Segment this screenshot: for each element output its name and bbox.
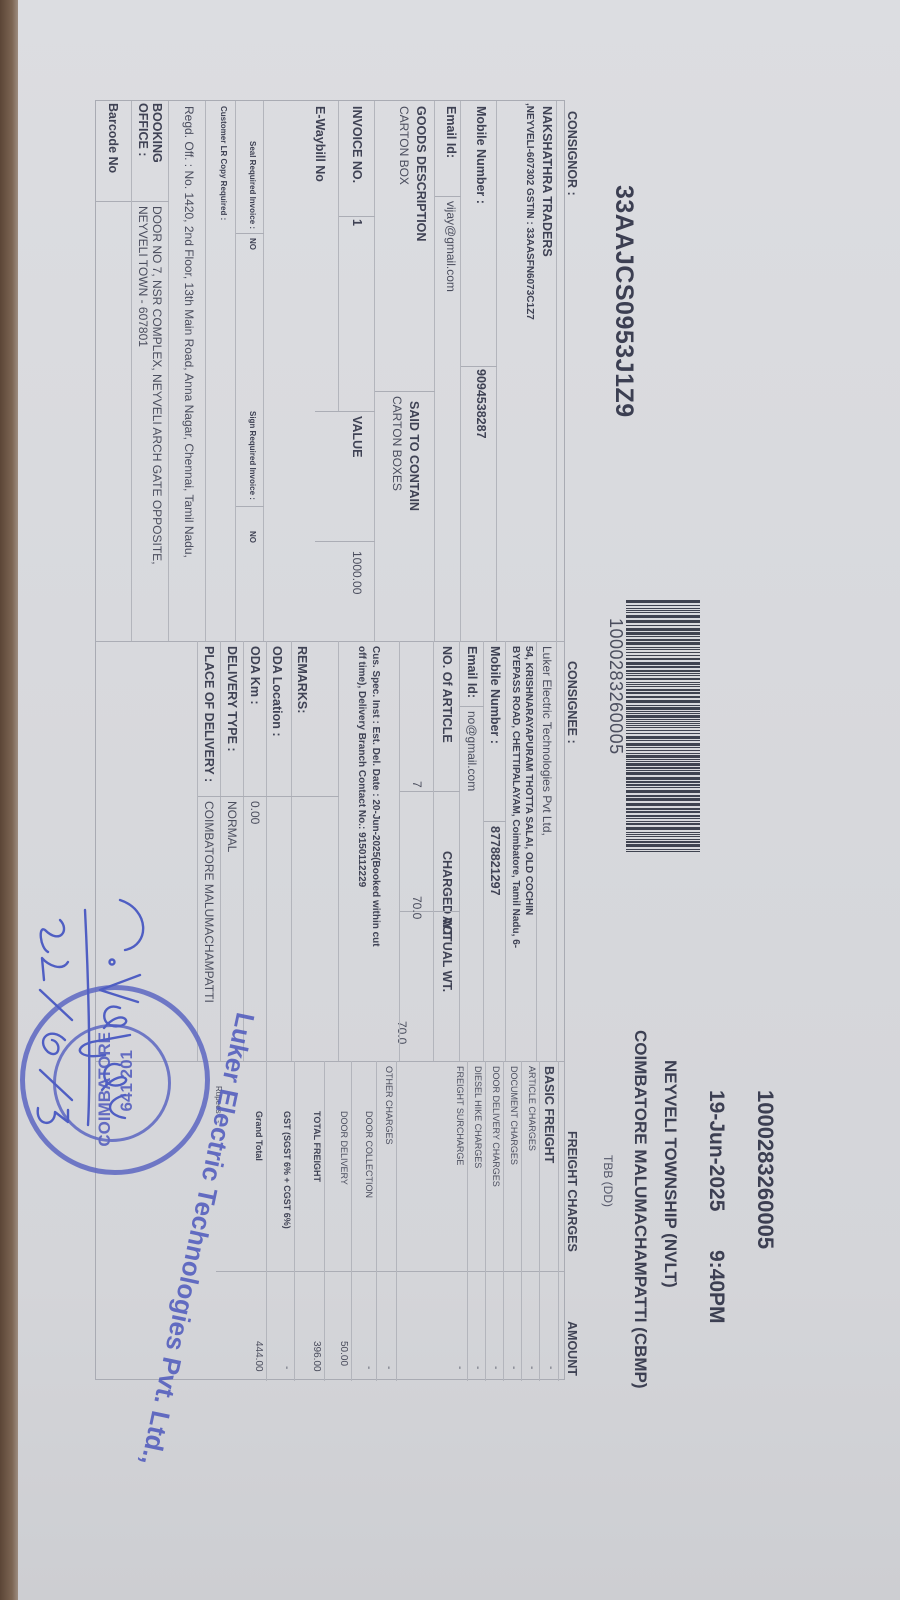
special-instructions-1: Cus. Spec. Inst : Est. Del. Date : 20-Ju… — [370, 646, 381, 947]
lr-barcode — [626, 600, 700, 900]
consignee-label: CONSIGNEE : — [565, 661, 579, 744]
barcode-bar — [626, 658, 700, 660]
consignor-name: NAKSHATHRA TRADERS — [540, 106, 554, 257]
barcode-bar — [626, 721, 700, 722]
barcode-bar — [626, 605, 700, 606]
freight-row-label: DOOR COLLECTION — [364, 1111, 374, 1198]
divider — [216, 1271, 564, 1272]
divider — [376, 1061, 377, 1381]
barcode-bar — [626, 761, 700, 762]
consignee-address-1: 54, KRISHNARAYAPURAM THOTTA SALAI, OLD C… — [523, 646, 534, 915]
freight-row-amount: - — [526, 1366, 537, 1369]
registered-office: Regd. Off. : No. 1420, 2nd Floor, 13th M… — [182, 106, 196, 558]
divider — [315, 411, 375, 412]
barcode-bar — [626, 675, 700, 676]
seal-required-value: NO — [248, 238, 257, 250]
divider — [235, 101, 236, 641]
barcode-bar — [626, 649, 700, 650]
consignor-label: CONSIGNOR : — [565, 111, 579, 196]
lr-date: 19-Jun-2025 — [704, 1090, 728, 1211]
barcode-bar — [626, 770, 700, 771]
divider — [338, 101, 339, 411]
consignor-email: vijay@gmail.com — [444, 201, 458, 292]
barcode-bar — [626, 777, 700, 780]
divider — [205, 101, 206, 641]
customer-lr-copy-label: Customer LR Copy Required : — [219, 106, 228, 220]
said-to-contain-label: SAID TO CONTAIN — [407, 401, 421, 511]
actual-wt-label: ACTUAL WT. — [440, 916, 454, 992]
barcode-bar — [626, 811, 700, 813]
company-gstin: 33AAJCS0953J1Z9 — [609, 185, 638, 418]
lr-number: 1000283260005 — [752, 1090, 778, 1249]
divider — [131, 101, 132, 641]
freight-row-amount: - — [383, 1366, 394, 1369]
divider — [556, 101, 557, 641]
divider — [197, 641, 198, 1061]
barcode-bar — [626, 836, 700, 837]
lorry-receipt: 33AAJCS0953J1Z9 1000283260005 19-Jun-202… — [0, 0, 900, 1600]
barcode-bar — [626, 670, 700, 672]
barcode-bar — [626, 781, 700, 783]
booking-office-label-2: OFFICE : — [136, 103, 150, 156]
barcode-bar — [626, 666, 700, 668]
sign-required-value: NO — [248, 531, 257, 543]
divider — [503, 1061, 504, 1381]
divider — [396, 1061, 397, 1381]
barcode-bar — [626, 747, 700, 748]
oda-location-label: ODA Location : — [270, 646, 284, 737]
freight-row-amount: - — [281, 1366, 292, 1369]
consignor-address: ,NEYVELI-607302 GSTIN : 33AASFN6073C1Z7 — [524, 103, 535, 320]
divider — [198, 796, 339, 797]
divider — [505, 641, 506, 1061]
said-to-contain: CARTON BOXES — [390, 396, 404, 491]
divider — [484, 821, 506, 822]
barcode-bar — [626, 727, 700, 728]
booking-office-label-1: BOOKING — [150, 103, 164, 163]
freight-row-label: Grand Total — [254, 1111, 264, 1161]
freight-row-amount: - — [363, 1366, 374, 1369]
barcode-bar — [626, 821, 700, 822]
barcode-bar — [626, 642, 700, 645]
invoice-no-label: INVOICE NO. — [350, 106, 364, 183]
barcode-bar — [626, 730, 700, 731]
divider — [539, 1061, 540, 1381]
consignee-mobile: 8778821297 — [488, 826, 502, 896]
divider — [485, 1061, 486, 1381]
divider — [374, 101, 375, 641]
divider — [168, 101, 169, 641]
divider — [435, 196, 461, 197]
divider — [467, 1061, 468, 1381]
divider — [315, 541, 375, 542]
barcode-bar — [626, 723, 700, 724]
barcode-no-label: Barcode No — [106, 103, 120, 173]
divider — [521, 1061, 522, 1381]
barcode-bar — [626, 808, 700, 810]
divider — [460, 706, 484, 707]
freight-row-amount: - — [545, 1366, 556, 1369]
freight-row-label: OTHER CHARGES — [384, 1066, 394, 1145]
divider — [291, 641, 292, 1061]
invoice-value: 1000.00 — [350, 551, 364, 594]
divider — [400, 911, 460, 912]
barcode-bar — [626, 740, 700, 741]
delivery-type: NORMAL — [225, 801, 239, 852]
divider — [496, 101, 497, 641]
barcode-bar — [626, 707, 700, 710]
divider — [461, 366, 497, 367]
divider — [338, 641, 339, 1061]
from-station: NEYVELI TOWNSHIP (NVLT) — [660, 1060, 680, 1288]
barcode-bar — [626, 784, 700, 786]
barcode-bar — [626, 636, 700, 637]
barcode-bar — [626, 736, 700, 739]
barcode-bar — [626, 628, 700, 631]
barcode-bar — [626, 700, 700, 703]
consignee-address-2: BYEPASS ROAD, CHETTIPALAYAM, Coimbatore,… — [510, 646, 521, 948]
barcode-bar — [626, 841, 700, 843]
freight-row-label: DIESEL HIKE CHARGES — [473, 1066, 483, 1168]
barcode-bar — [626, 839, 700, 840]
special-instructions-2: off time), Delivery Branch Contact No.: … — [356, 646, 367, 887]
divider — [536, 641, 537, 1061]
barcode-bar — [626, 767, 700, 769]
divider — [433, 641, 434, 1061]
barcode-bar — [626, 834, 700, 835]
barcode-bar — [626, 803, 700, 806]
barcode-bar — [626, 639, 700, 641]
divider — [434, 101, 435, 641]
barcode-bar — [626, 686, 700, 687]
divider — [339, 216, 375, 217]
barcode-bar — [626, 719, 700, 720]
amount-header: AMOUNT — [565, 1321, 579, 1376]
barcode-bar — [626, 815, 700, 817]
barcode-bar — [626, 823, 700, 825]
freight-row-label: DOOR DELIVERY — [339, 1111, 349, 1185]
consignor-mobile-label: Mobile Number : — [474, 106, 488, 204]
barcode-bar — [626, 753, 700, 754]
barcode-bar — [626, 832, 700, 833]
barcode-bar — [626, 844, 700, 847]
barcode-bar — [626, 612, 700, 613]
barcode-bar — [626, 689, 700, 691]
lr-time: 9:40PM — [704, 1250, 728, 1324]
goods-description-label: GOODS DESCRIPTION — [414, 106, 428, 241]
barcode-bar — [626, 759, 700, 760]
barcode-bar — [626, 798, 700, 801]
freight-row-amount: 396.00 — [311, 1341, 322, 1372]
freight-row-label: DOCUMENT CHARGES — [509, 1066, 519, 1165]
divider — [220, 641, 221, 1061]
barcode-bar — [626, 787, 700, 788]
handwritten-signature — [20, 890, 160, 1130]
barcode-bar — [626, 711, 700, 712]
barcode-bar — [626, 673, 700, 674]
barcode-bar — [626, 733, 700, 734]
divider — [399, 641, 400, 1061]
barcode-bar — [626, 827, 700, 830]
barcode-bar — [626, 600, 700, 603]
barcode-bar — [626, 692, 700, 694]
divider — [266, 1061, 267, 1381]
barcode-bar — [626, 750, 700, 751]
place-of-delivery-label: PLACE OF DELIVERY : — [202, 646, 216, 782]
freight-row-amount: - — [472, 1366, 483, 1369]
barcode-number: 1000283260005 — [605, 618, 626, 755]
divider — [400, 791, 460, 792]
barcode-bar — [626, 705, 700, 706]
articles-count: 7 — [410, 781, 424, 788]
consignee-email-label: Email Id: — [465, 646, 479, 698]
freight-row-amount: - — [508, 1366, 519, 1369]
freight-row-amount: - — [490, 1366, 501, 1369]
barcode-bar — [626, 715, 700, 718]
invoice-value-label: VALUE — [350, 416, 364, 457]
divider — [375, 391, 435, 392]
freight-row-label: DOOR DELIVERY CHARGES — [491, 1066, 501, 1187]
barcode-bar — [626, 763, 700, 766]
barcode-bar — [626, 818, 700, 819]
remarks-label: REMARKS: — [295, 646, 309, 713]
barcode-bar — [626, 755, 700, 758]
charged-wt: 70.0 — [410, 896, 424, 919]
divider — [263, 101, 264, 641]
divider — [294, 1061, 295, 1381]
barcode-bar — [626, 652, 700, 653]
consignee-email: no@gmail.com — [465, 711, 479, 791]
barcode-bar — [626, 610, 700, 611]
consignor-email-label: Email Id: — [444, 106, 458, 158]
freight-row-amount: - — [454, 1366, 465, 1369]
booking-office-address-2: NEYVELI TOWN - 607801 — [136, 206, 150, 347]
barcode-bar — [626, 696, 700, 698]
lr-table: CONSIGNOR : NAKSHATHRA TRADERS ,NEYVELI-… — [95, 100, 565, 1380]
barcode-bar — [626, 620, 700, 623]
divider — [324, 1061, 325, 1381]
freight-row-label: FREIGHT SURCHARGE — [455, 1066, 465, 1165]
barcode-bar — [626, 790, 700, 793]
freight-row-label: BASIC FREIGHT — [542, 1066, 556, 1163]
barcode-bar — [626, 678, 700, 680]
invoice-no: 1 — [350, 219, 364, 226]
barcode-bar — [626, 743, 700, 746]
sign-required-label: Sign Required Invoice : — [248, 411, 257, 500]
divider — [96, 201, 169, 202]
divider — [460, 101, 461, 641]
payment-type: TBB (DD) — [601, 1155, 615, 1207]
barcode-bar — [626, 725, 700, 726]
to-station: COIMBATORE MALUMACHAMPATTI (CBMP) — [630, 1030, 650, 1389]
divider — [556, 641, 557, 1061]
consignee-mobile-label: Mobile Number : — [488, 646, 502, 744]
oda-km-label: ODA Km : — [248, 646, 262, 705]
consignee-name: Luker Electric Technologies Pvt Ltd, — [540, 646, 554, 836]
divider — [266, 641, 267, 1061]
barcode-bar — [626, 713, 700, 714]
freight-row-amount: 50.00 — [338, 1341, 349, 1366]
barcode-bar — [626, 795, 700, 797]
barcode-bar — [626, 625, 700, 626]
seal-required-label: Seal Required Invoice : — [248, 141, 257, 229]
place-of-delivery: COIMBATORE MALUMACHAMPATTI — [202, 801, 216, 1003]
barcode-bar — [626, 615, 700, 618]
booking-office-address-1: DOOR NO 7, NSR COMPLEX, NEYVELI ARCH GAT… — [150, 206, 164, 565]
divider — [243, 641, 244, 1061]
actual-wt: 70.0 — [395, 1021, 409, 1044]
divider — [351, 1061, 352, 1381]
barcode-bar — [626, 849, 700, 850]
divider — [236, 233, 264, 234]
barcode-bar — [626, 647, 700, 648]
barcode-bar — [626, 632, 700, 635]
freight-row-label: ARTICLE CHARGES — [527, 1066, 537, 1151]
divider — [483, 641, 484, 1061]
divider — [459, 641, 460, 1061]
barcode-bar — [626, 772, 700, 775]
freight-charges-header: FREIGHT CHARGES — [565, 1131, 579, 1252]
ewaybill-label: E-Waybill No — [313, 106, 327, 182]
goods-description: CARTON BOX — [397, 106, 411, 185]
barcode-bar — [626, 655, 700, 656]
freight-row-amount: 444.00 — [253, 1341, 264, 1372]
barcode-bar — [626, 851, 700, 852]
divider — [96, 641, 564, 642]
articles-label: NO. Of ARTICLE — [440, 646, 454, 743]
barcode-bar — [626, 662, 700, 665]
barcode-bar — [626, 682, 700, 683]
barcode-bar — [626, 608, 700, 609]
freight-row-label: GST (SGST 6% + CGST 6%) — [282, 1111, 292, 1229]
divider — [558, 1061, 559, 1381]
freight-row-label: TOTAL FREIGHT — [312, 1111, 322, 1182]
barcode-bar — [626, 684, 700, 685]
oda-km: 0.00 — [248, 801, 262, 824]
delivery-type-label: DELIVERY TYPE : — [225, 646, 239, 752]
divider — [236, 506, 264, 507]
consignor-mobile: 9094538287 — [474, 369, 488, 439]
